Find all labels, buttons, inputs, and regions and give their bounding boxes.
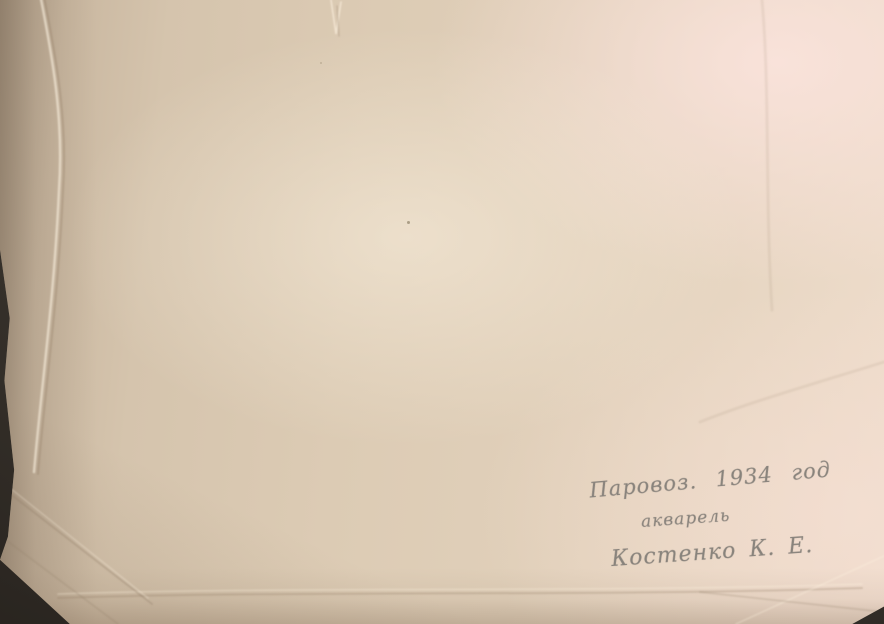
paper-sheet: Паровоз. 1934 год акварель Костенко К. Е… xyxy=(0,0,884,624)
pencil-inscription: Паровоз. 1934 год акварель Костенко К. Е… xyxy=(0,0,884,624)
photo-of-paper-verso: Паровоз. 1934 год акварель Костенко К. Е… xyxy=(0,0,884,624)
inscription-title-year: Паровоз. 1934 год xyxy=(588,457,831,502)
inscription-medium: акварель xyxy=(640,506,731,532)
inscription-signature: Костенко К. Е. xyxy=(610,533,814,572)
